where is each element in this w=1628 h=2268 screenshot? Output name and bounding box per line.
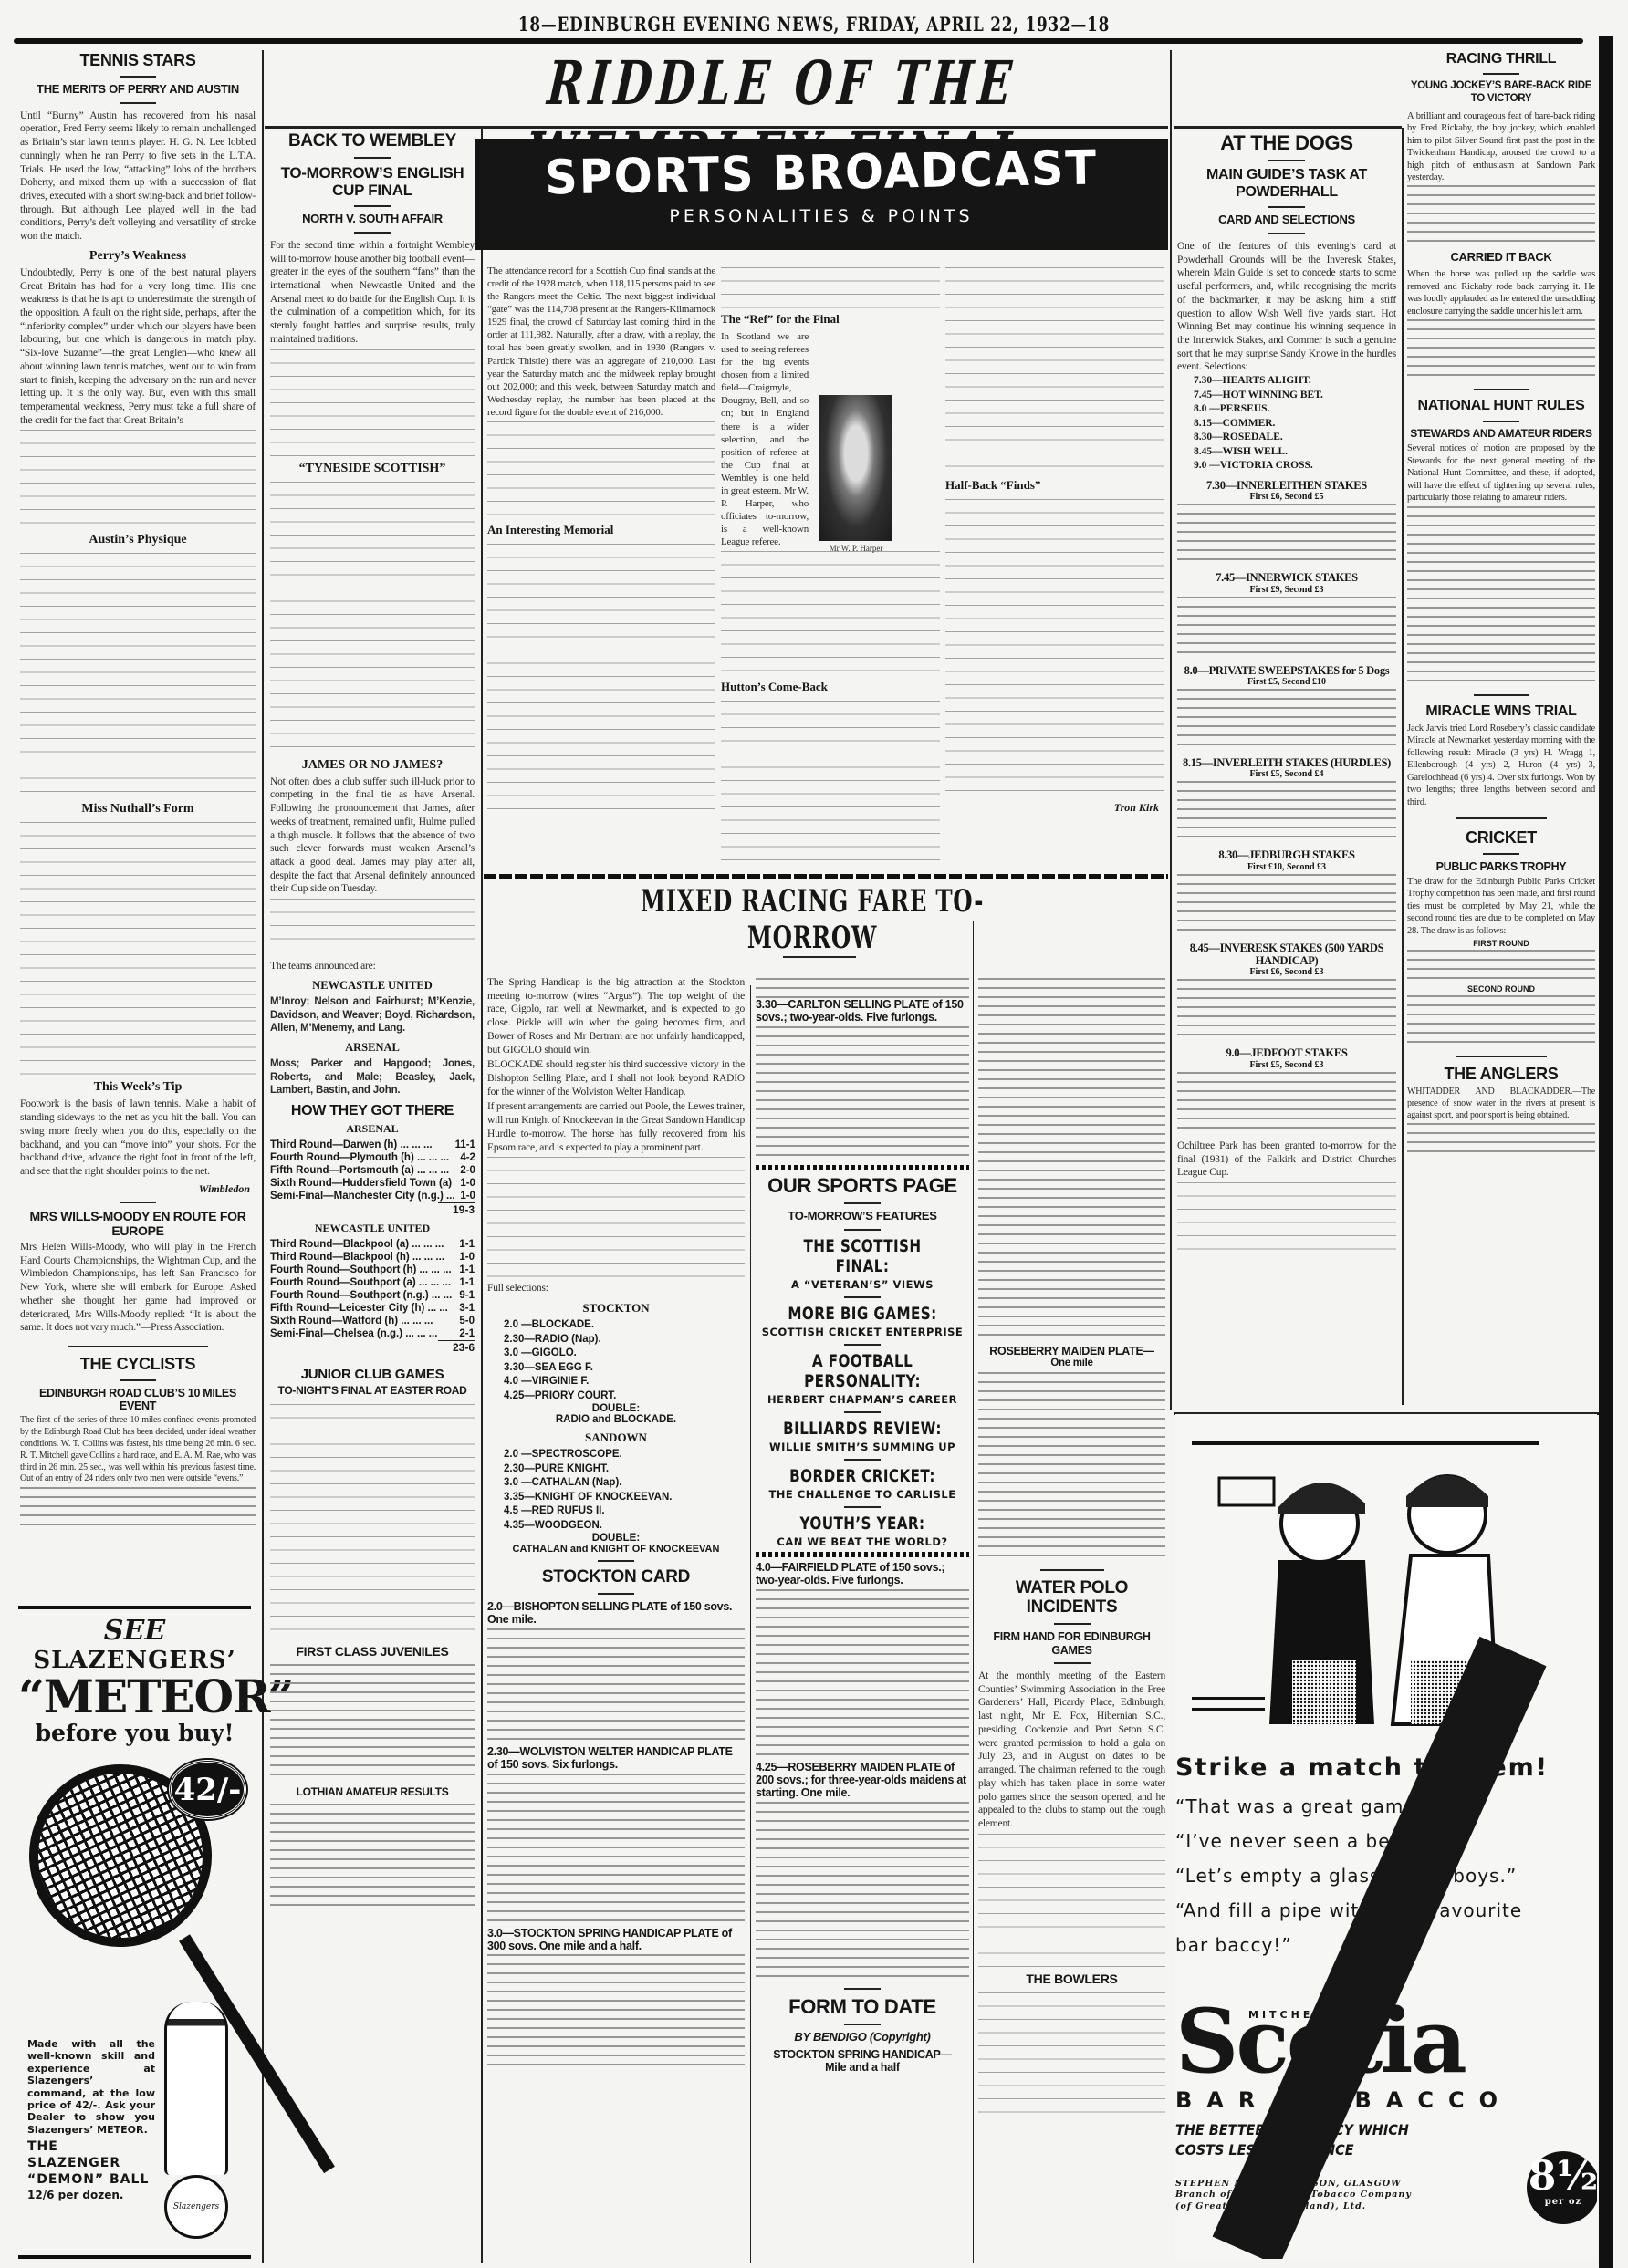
tennis-subhead: Perry’s Weakness (20, 249, 256, 264)
score-cell: 2-1 (459, 1327, 475, 1340)
round-cell: Fifth Round—Portsmouth (a) ... ... ... (270, 1164, 455, 1177)
dogs-lead: One of the features of this evening’s ca… (1177, 240, 1396, 374)
racing-col-2: 3.30—CARLTON SELLING PLATE of 150 sovs.;… (756, 976, 969, 2263)
national-hunt-title: NATIONAL HUNT RULES (1407, 398, 1595, 414)
referee-photo (819, 395, 892, 541)
newcastle-results-table: Third Round—Blackpool (a) ... ... ...1-1… (270, 1238, 475, 1340)
sports-broadcast-banner: SPORTS BROADCAST PERSONALITIES & POINTS (475, 139, 1168, 250)
selection-item: 3.35—KNIGHT OF KNOCKEEVAN. (504, 1491, 745, 1505)
cyclists-text: The first of the series of three 10 mile… (20, 1415, 256, 1485)
score-cell: 5-0 (459, 1315, 475, 1327)
score-cell: 1-1 (459, 1276, 475, 1289)
form-byline: BY BENDIGO (Copyright) (756, 2031, 969, 2044)
divider (844, 1344, 881, 1346)
tennis-lead: Until “Bunny” Austin has recovered from … (20, 109, 256, 244)
slazenger-advert[interactable]: SEE SLAZENGERS’ “METEOR” before you buy!… (18, 1606, 251, 2259)
table-row: Fourth Round—Southport (n.g.) ... ...9-1 (270, 1289, 475, 1302)
table-row: Fifth Round—Leicester City (h) ... ...3-… (270, 1302, 475, 1315)
filler (1177, 1070, 1396, 1134)
wills-moody-text: Mrs Helen Wills-Moody, who will play in … (20, 1241, 256, 1335)
race-entries (1177, 502, 1396, 566)
feature-subheading: HERBERT CHAPMAN’S CAREER (756, 1393, 969, 1406)
cyclists-subtitle: EDINBURGH ROAD CLUB’S 10 MILES EVENT (20, 1387, 256, 1413)
arsenal-results-table: Third Round—Darwen (h) ... ... ...11-1Fo… (270, 1139, 475, 1202)
round-cell: Semi-Final—Chelsea (n.g.) ... ... ... (270, 1327, 459, 1340)
race-title: 9.0—JEDFOOT STAKES (1177, 1046, 1396, 1059)
feature-heading: BORDER CRICKET: (777, 1466, 947, 1486)
score-cell: 3-1 (459, 1302, 475, 1315)
column-rule (262, 50, 264, 2263)
anglers-text: WHITADDER AND BLACKADDER.—The presence o… (1407, 1087, 1595, 1121)
round-cell: Third Round—Blackpool (h) ... ... ... (270, 1251, 459, 1264)
race-prize: First £6, Second £3 (1177, 967, 1396, 977)
feature-subheading: THE CHALLENGE TO CARLISLE (756, 1488, 969, 1501)
table-row: Third Round—Blackpool (a) ... ... ...1-1 (270, 1238, 475, 1251)
water-polo-subtitle: FIRM HAND FOR EDINBURGH GAMES (978, 1630, 1165, 1657)
arsenal-total: 19-3 (438, 1202, 475, 1216)
newcastle-team: M’Inroy; Nelson and Fairhurst; M’Kenzie,… (270, 995, 475, 1035)
racing-headline: MIXED RACING FARE TO-MORROW (576, 883, 1049, 956)
stockton-selections: 2.0 —BLOCKADE.2.30—RADIO (Nap).3.0 —GIGO… (487, 1318, 745, 1403)
race-entries (1177, 595, 1396, 659)
scotia-tobacco-advert[interactable]: Strike a match to them! “That was a grea… (1175, 1414, 1597, 2259)
feature-subheading: CAN WE BEAT THE WORLD? (756, 1535, 969, 1548)
filler (1177, 595, 1396, 659)
newcastle-heading: NEWCASTLE UNITED (270, 979, 475, 993)
selection-item: 2.0 —BLOCKADE. (504, 1318, 745, 1333)
junior-subtitle: TO-NIGHT’S FINAL AT EASTER ROAD (270, 1385, 475, 1398)
dogs-race-card: 7.30—INNERLEITHEN STAKESFirst £6, Second… (1177, 479, 1396, 1134)
table-row: Sixth Round—Watford (h) ... ... ...5-0 (270, 1315, 475, 1327)
section-rule (1174, 126, 1402, 129)
selection-item: 4.25—PRIORY COURT. (504, 1389, 745, 1404)
right-column: RACING THRILL YOUNG JOCKEY’S BARE-BACK R… (1407, 47, 1595, 1407)
broadcast-lead: The attendance record for a Scottish Cup… (487, 265, 715, 419)
ad-description: Made with all the well-known skill and e… (27, 2038, 155, 2136)
memorial-subhead: An Interesting Memorial (487, 523, 715, 537)
carried-back-subhead: CARRIED IT BACK (1407, 251, 1595, 265)
miracle-text: Jack Jarvis tried Lord Rosebery’s classi… (1407, 723, 1595, 808)
selection-item: 2.0 —SPECTROSCOPE. (504, 1448, 745, 1462)
race-prize: First £6, Second £5 (1177, 492, 1396, 502)
feature-heading: A FOOTBALL PERSONALITY: (777, 1351, 947, 1391)
race-title: 8.15—INVERLEITH STAKES (HURDLES) (1177, 756, 1396, 769)
wembley-column: BACK TO WEMBLEY TO-MORROW’S ENGLISH CUP … (270, 131, 475, 2263)
form-to-date-title: FORM TO DATE (756, 1995, 969, 2018)
feature-subheading: WILLIE SMITH’S SUMMING UP (756, 1441, 969, 1453)
tennis-ball-icon: Slazengers (164, 2175, 228, 2239)
feature-subheading: A “VETERAN’S” VIEWS (756, 1278, 969, 1291)
tennis-byline: Wimbledon (20, 1182, 250, 1196)
round-cell: Third Round—Darwen (h) ... ... ... (270, 1139, 455, 1151)
selection-item: 4.35—WOODGEON. (504, 1519, 745, 1534)
ad-price-badge: 8½ per oz (1527, 2151, 1597, 2224)
section-rule (484, 874, 1168, 879)
score-cell: 9-1 (459, 1289, 475, 1302)
junior-title: JUNIOR CLUB GAMES (270, 1367, 475, 1382)
james-text: Not often does a club suffer such ill-lu… (270, 775, 475, 896)
divider (844, 1296, 881, 1298)
wembley-lead: For the second time within a fortnight W… (270, 239, 475, 347)
race-prize: First £5, Second £3 (1177, 1060, 1396, 1070)
feature-heading: BILLIARDS REVIEW: (777, 1419, 947, 1439)
race-title: 7.45—INNERWICK STAKES (1177, 571, 1396, 584)
ad-quote: bar baccy!” (1175, 1934, 1292, 1956)
ad-ball-offer: THE SLAZENGER “DEMON” BALL 12/6 per doze… (27, 2138, 155, 2202)
selection-item: 2.30—RADIO (Nap). (504, 1333, 745, 1347)
sandown-selections: 2.0 —SPECTROSCOPE.2.30—PURE KNIGHT.3.0 —… (487, 1448, 745, 1533)
score-cell: 1-0 (459, 1251, 475, 1264)
table-row: Fifth Round—Portsmouth (a) ... ... ...2-… (270, 1164, 475, 1177)
selection-item: 2.30—PURE KNIGHT. (504, 1462, 745, 1477)
tennis-column: TENNIS STARS THE MERITS OF PERRY AND AUS… (20, 47, 256, 1598)
water-polo-text: At the monthly meeting of the Eastern Co… (978, 1670, 1165, 1831)
table-row: Semi-Final—Manchester City (n.g.) ...1-0 (270, 1190, 475, 1202)
race-entries (1177, 872, 1396, 936)
filler (1177, 687, 1396, 751)
juveniles-title: FIRST CLASS JUVENILES (270, 1644, 475, 1659)
score-cell: 1-0 (455, 1190, 475, 1202)
dogs-column: AT THE DOGS MAIN GUIDE’S TASK AT POWDERH… (1177, 131, 1396, 1409)
racing-thrill-text: A brilliant and courageous feat of bare-… (1407, 110, 1595, 184)
ad-quote: “And fill a pipe with their favourite (1175, 1899, 1522, 1921)
arsenal-heading: ARSENAL (270, 1041, 475, 1055)
column-rule (1170, 50, 1172, 1410)
wembley-subtitle2: NORTH V. SOUTH AFFAIR (270, 213, 475, 226)
sandown-heading: SANDOWN (487, 1431, 745, 1445)
divider (844, 1506, 881, 1508)
bowlers-title: THE BOWLERS (978, 1971, 1165, 1986)
racing-col-1: The Spring Handicap is the big attractio… (487, 976, 745, 2263)
table-row: Third Round—Darwen (h) ... ... ...11-1 (270, 1139, 475, 1151)
round-cell: Semi-Final—Manchester City (n.g.) ... (270, 1190, 455, 1202)
column-rule (750, 985, 751, 2263)
column-rule (1402, 128, 1404, 1405)
selection-item: 4.5 —RED RUFUS II. (504, 1504, 745, 1519)
selection-item: 3.0 —GIGOLO. (504, 1347, 745, 1361)
stockton-card-title: STOCKTON CARD (487, 1567, 745, 1587)
wembley-subtitle: TO-MORROW’S ENGLISH CUP FINAL (270, 164, 475, 200)
ad-price-badge: 42/- (169, 1760, 246, 1819)
race-prize: First £5, Second £4 (1177, 769, 1396, 779)
tennis-text: Undoubtedly, Perry is one of the best na… (20, 266, 256, 428)
race-prize: First £9, Second £3 (1177, 585, 1396, 595)
broadcast-col-2: The “Ref” for the Final In Scotland we a… (721, 265, 940, 867)
national-hunt-subtitle: STEWARDS AND AMATEUR RIDERS (1407, 428, 1595, 441)
filler (1177, 872, 1396, 936)
round-cell: Fourth Round—Plymouth (h) ... ... ... (270, 1151, 455, 1164)
cyclists-title: THE CYCLISTS (20, 1355, 256, 1374)
selection-item: 7.45—HOT WINNING BET. (1194, 389, 1396, 403)
cricket-subtitle: PUBLIC PARKS TROPHY (1407, 860, 1595, 873)
dogs-subtitle: MAIN GUIDE’S TASK AT POWDERHALL (1177, 167, 1396, 201)
racing-lead: The Spring Handicap is the big attractio… (487, 976, 745, 1056)
selection-item: 4.0 —VIRGINIE F. (504, 1375, 745, 1389)
selection-item: 3.30—SEA EGG F. (504, 1361, 745, 1376)
wembley-title: BACK TO WEMBLEY (270, 131, 475, 151)
photo-caption: Mr W. P. Harper (819, 544, 892, 553)
ad-quote: “Let’s empty a glass to the boys.” (1175, 1865, 1517, 1887)
page-edge-bar (1599, 36, 1613, 2268)
divider (844, 1411, 881, 1413)
score-cell: 1-1 (459, 1264, 475, 1276)
ad-product: BAR TOBACCO (1175, 2087, 1512, 2113)
race-title: 7.30—INNERLEITHEN STAKES (1177, 479, 1396, 492)
selection-item: 8.15—COMMER. (1194, 417, 1396, 432)
ref-subhead: The “Ref” for the Final (721, 312, 940, 327)
selection-item: 9.0 —VICTORIA CROSS. (1194, 459, 1396, 473)
national-hunt-text: Several notices of motion are proposed b… (1407, 442, 1595, 504)
racing-col-3: ROSEBERRY MAIDEN PLATE— One mile WATER P… (978, 976, 1165, 2263)
tennis-tip: Footwork is the basis of lawn tennis. Ma… (20, 1098, 256, 1178)
ref-text: In Scotland we are used to seeing refere… (721, 330, 809, 548)
arsenal-team: Moss; Parker and Hapgood; Jones, Roberts… (270, 1057, 475, 1098)
tennis-subhead: Miss Nuthall’s Form (20, 802, 256, 817)
filler (1177, 779, 1396, 843)
table-row: Fourth Round—Southport (a) ... ... ...1-… (270, 1276, 475, 1289)
ad-product: “METEOR” (18, 1674, 251, 1720)
ochiltree-text: Ochiltree Park has been granted to-morro… (1177, 1139, 1396, 1180)
table-row: Semi-Final—Chelsea (n.g.) ... ... ...2-1 (270, 1327, 475, 1340)
ad-company: STEPHEN MITCHELL & SON, GLASGOW Branch o… (1175, 2179, 1412, 2212)
selection-item: 8.0 —PERSEUS. (1194, 402, 1396, 417)
broadcast-col-3: Half-Back “Finds” Tron Kirk (945, 265, 1164, 867)
selection-item: 8.30—ROSEDALE. (1194, 431, 1396, 445)
selection-item: 3.0 —CATHALAN (Nap). (504, 1476, 745, 1491)
round-cell: Sixth Round—Watford (h) ... ... ... (270, 1315, 459, 1327)
masthead-rule (14, 38, 1583, 44)
masthead: 18—EDINBURGH EVENING NEWS, FRIDAY, APRIL… (162, 0, 1465, 40)
race-entries (1177, 977, 1396, 1041)
filler (1177, 977, 1396, 1041)
race-entries (1177, 687, 1396, 751)
features-list: THE SCOTTISH FINAL:A “VETERAN’S” VIEWSMO… (756, 1236, 969, 1548)
feature-heading: YOUTH’S YEAR: (777, 1514, 947, 1534)
stockton-heading: STOCKTON (487, 1301, 745, 1316)
cricket-text: The draw for the Edinburgh Public Parks … (1407, 876, 1595, 937)
water-polo-title: WATER POLO INCIDENTS (978, 1578, 1165, 1618)
james-subhead: JAMES OR NO JAMES? (270, 758, 475, 773)
round-cell: Fourth Round—Southport (n.g.) ... ... (270, 1289, 459, 1302)
column-rule (481, 128, 483, 2263)
broadcast-byline: Tron Kirk (945, 801, 1159, 815)
score-cell: 2-0 (455, 1164, 475, 1177)
racing-thrill-subtitle: YOUNG JOCKEY’S BARE-BACK RIDE TO VICTORY (1407, 80, 1595, 104)
race-prize: First £5, Second £10 (1177, 677, 1396, 687)
anglers-title: THE ANGLERS (1407, 1065, 1595, 1084)
table-row: Sixth Round—Huddersfield Town (a)1-0 (270, 1177, 475, 1190)
score-cell: 4-2 (455, 1151, 475, 1164)
round-cell: Third Round—Blackpool (a) ... ... ... (270, 1238, 459, 1251)
round-cell: Sixth Round—Huddersfield Town (a) (270, 1177, 455, 1190)
dogs-selections: 7.30—HEARTS ALIGHT.7.45—HOT WINNING BET.… (1177, 374, 1396, 473)
column-rule (973, 921, 974, 2263)
dogs-subtitle2: CARD AND SELECTIONS (1177, 213, 1396, 227)
ad-tagline: THE BETTER BAR BACCY WHICH COSTS LESS PE… (1175, 2120, 1409, 2159)
how-they-got-there: HOW THEY GOT THERE (270, 1103, 475, 1119)
score-cell: 11-1 (455, 1139, 475, 1151)
features-subtitle: TO-MORROW’S FEATURES (756, 1210, 969, 1223)
feature-heading: THE SCOTTISH FINAL: (777, 1236, 947, 1276)
cricket-title: CRICKET (1407, 828, 1595, 848)
broadcast-col-1: The attendance record for a Scottish Cup… (487, 265, 715, 867)
table-row: Third Round—Blackpool (h) ... ... ...1-0 (270, 1251, 475, 1264)
tennis-subhead: Austin’s Physique (20, 533, 256, 547)
feature-subheading: SCOTTISH CRICKET ENTERPRISE (756, 1326, 969, 1338)
score-cell: 1-1 (459, 1238, 475, 1251)
race-prize: First £10, Second £3 (1177, 862, 1396, 872)
tennis-title: TENNIS STARS (20, 51, 256, 70)
ad-brand: Scotia (1175, 1998, 1465, 2086)
hutton-subhead: Hutton’s Come-Back (721, 680, 940, 694)
selection-item: 8.45—WISH WELL. (1194, 445, 1396, 460)
round-cell: Fourth Round—Southport (a) ... ... ... (270, 1276, 459, 1289)
miracle-title: MIRACLE WINS TRIAL (1407, 703, 1595, 720)
tyneside-subhead: “TYNESIDE SCOTTISH” (270, 462, 475, 476)
race-title: 8.45—INVERESK STAKES (500 YARDS HANDICAP… (1177, 942, 1396, 968)
race-title: 8.0—PRIVATE SWEEPSTAKES for 5 Dogs (1177, 664, 1396, 677)
score-cell: 1-0 (455, 1177, 475, 1190)
lothian-title: LOTHIAN AMATEUR RESULTS (270, 1786, 475, 1799)
race-entries (1177, 779, 1396, 843)
tennis-subtitle: THE MERITS OF PERRY AND AUSTIN (20, 83, 256, 97)
tennis-player-illustration (164, 2002, 228, 2175)
race-entries (1177, 1070, 1396, 1134)
ad-quote: “That was a great game!” (1175, 1795, 1435, 1817)
round-cell: Fourth Round—Southport (h) ... ... ... (270, 1264, 459, 1276)
ad-tagline: before you buy! (18, 1720, 251, 1746)
ad-see: SEE (18, 1615, 251, 1647)
selection-item: 7.30—HEARTS ALIGHT. (1194, 374, 1396, 389)
wills-moody-title: MRS WILLS-MOODY EN ROUTE FOR EUROPE (20, 1209, 256, 1238)
feature-heading: MORE BIG GAMES: (777, 1304, 947, 1324)
table-row: Fourth Round—Plymouth (h) ... ... ...4-2 (270, 1151, 475, 1164)
table-row: Fourth Round—Southport (h) ... ... ...1-… (270, 1264, 475, 1276)
our-sports-page-title: OUR SPORTS PAGE (756, 1174, 969, 1197)
divider (844, 1459, 881, 1461)
racing-thrill-title: RACING THRILL (1407, 51, 1595, 68)
tennis-subhead: This Week’s Tip (20, 1080, 256, 1095)
race-title: 8.30—JEDBURGH STAKES (1177, 848, 1396, 861)
halfback-subhead: Half-Back “Finds” (945, 478, 1164, 493)
dogs-title: AT THE DOGS (1177, 131, 1396, 154)
newcastle-total: 23-6 (438, 1340, 475, 1354)
round-cell: Fifth Round—Leicester City (h) ... ... (270, 1302, 459, 1315)
filler (1177, 502, 1396, 566)
